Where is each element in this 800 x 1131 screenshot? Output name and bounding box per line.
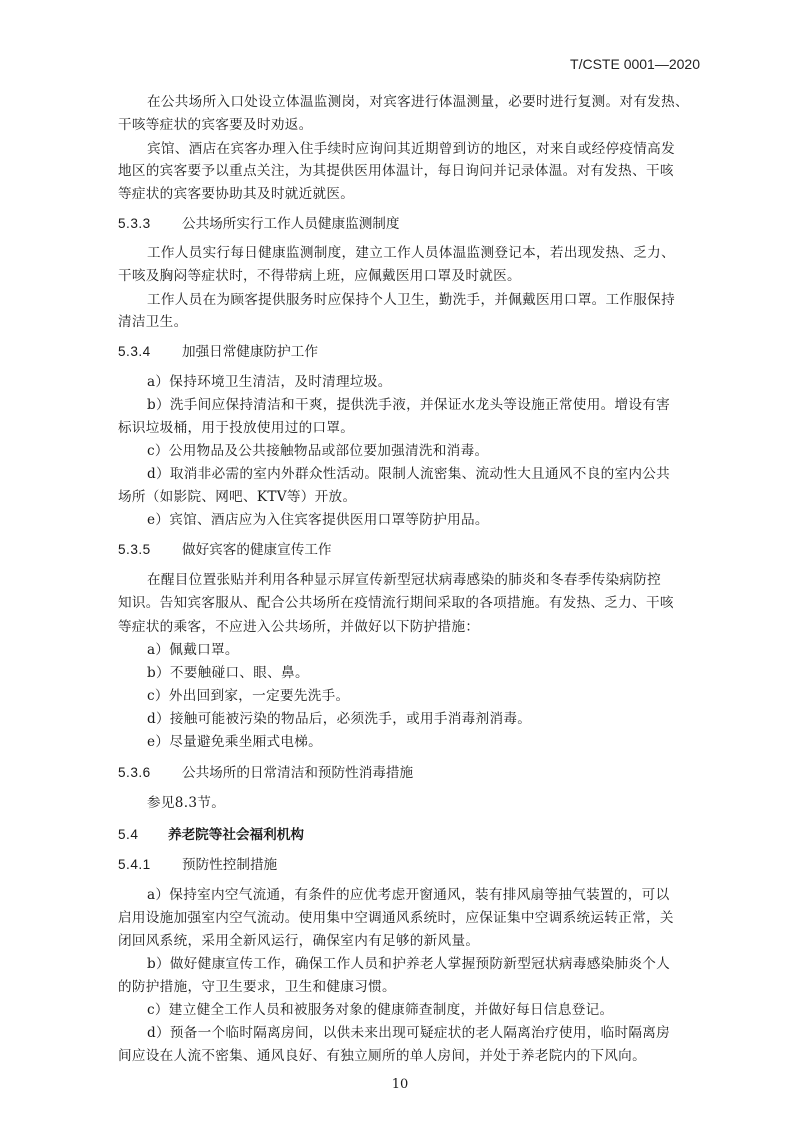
list-item-line: d）预备一个临时隔离房间，以供未来出现可疑症状的老人隔离治疗使用，临时隔离房 — [147, 1024, 670, 1042]
list-item-line: a）保持室内空气流通，有条件的应优考虑开窗通风，装有排风扇等抽气装置的，可以 — [147, 886, 669, 904]
list-item-line: 启用设施加强室内空气流动。使用集中空调通风系统时，应保证集中空调系统运转正常，关 — [118, 909, 674, 927]
list-item-line: c）公用物品及公共接触物品或部位要加强清洗和消毒。 — [147, 442, 488, 460]
list-item-line: 标识垃圾桶，用于投放使用过的口罩。 — [118, 419, 354, 437]
list-item-line: a）佩戴口罩。 — [147, 641, 239, 659]
section-title: 加强日常健康防护工作 — [182, 344, 318, 359]
section-number: 5.3.5 — [118, 541, 182, 559]
section-heading-5-4-1: 5.4.1预防性控制措施 — [118, 856, 277, 874]
paragraph-line: 清洁卫生。 — [118, 313, 187, 331]
list-item-line: c）建立健全工作人员和被服务对象的健康筛查制度，并做好每日信息登记。 — [147, 1001, 613, 1019]
section-number: 5.3.3 — [118, 215, 182, 233]
list-item-line: 闭回风系统，采用全新风运行，确保室内有足够的新风量。 — [118, 932, 479, 950]
section-heading-5-3-6: 5.3.6公共场所的日常清洁和预防性消毒措施 — [118, 764, 413, 782]
paragraph-line: 干咳等症状的宾客要及时劝返。 — [118, 116, 313, 134]
section-title: 公共场所的日常清洁和预防性消毒措施 — [182, 765, 413, 780]
paragraph-line: 工作人员实行每日健康监测制度，建立工作人员体温监测登记本，若出现发热、乏力、 — [147, 244, 675, 262]
document-id-header: T/CSTE 0001—2020 — [570, 56, 700, 72]
section-heading-5-3-4: 5.3.4加强日常健康防护工作 — [118, 343, 318, 361]
paragraph-line: 等症状的乘客，不应进入公共场所，并做好以下防护措施： — [118, 618, 479, 636]
cross-reference-line: 参见8.3节。 — [147, 794, 225, 812]
list-item-line: d）取消非必需的室内外群众性活动。限制人流密集、流动性大且通风不良的室内公共 — [147, 465, 670, 483]
paragraph-line: 等症状的宾客要协助其及时就近就医。 — [118, 185, 354, 203]
section-title: 公共场所实行工作人员健康监测制度 — [182, 216, 400, 231]
list-item-line: b）洗手间应保持清洁和干爽，提供洗手液，并保证水龙头等设施正常使用。增设有害 — [147, 396, 670, 414]
section-heading-5-4: 5.4养老院等社会福利机构 — [118, 826, 304, 844]
list-item-line: 间应设在人流不密集、通风良好、有独立厕所的单人房间，并处于养老院内的下风向。 — [118, 1047, 646, 1065]
list-item-line: b）不要触碰口、眼、鼻。 — [147, 664, 309, 682]
list-item-line: 场所（如影院、网吧、KTV等）开放。 — [118, 488, 356, 506]
section-title: 预防性控制措施 — [182, 857, 277, 872]
list-item-line: 的防护措施，守卫生要求，卫生和健康习惯。 — [118, 978, 396, 996]
paragraph-line: 在醒目位置张贴并利用各种显示屏宣传新型冠状病毒感染的肺炎和冬春季传染病防控 — [147, 571, 661, 589]
section-number: 5.4 — [118, 826, 168, 844]
paragraph-line: 知识。告知宾客服从、配合公共场所在疫情流行期间采取的各项措施。有发热、乏力、干咳 — [118, 594, 674, 612]
section-heading-5-3-3: 5.3.3公共场所实行工作人员健康监测制度 — [118, 215, 400, 233]
list-item-line: c）外出回到家，一定要先洗手。 — [147, 687, 349, 705]
section-number: 5.4.1 — [118, 856, 182, 874]
list-item-line: a）保持环境卫生清洁，及时清理垃圾。 — [147, 373, 392, 391]
section-number: 5.3.6 — [118, 764, 182, 782]
section-number: 5.3.4 — [118, 343, 182, 361]
page-number: 10 — [0, 1077, 800, 1092]
paragraph-line: 在公共场所入口处设立体温监测岗，对宾客进行体温测量，必要时进行复测。对有发热、 — [147, 93, 689, 111]
list-item-line: d）接触可能被污染的物品后，必须洗手，或用手消毒剂消毒。 — [147, 710, 531, 728]
list-item-line: e）尽量避免乘坐厢式电梯。 — [147, 733, 322, 751]
list-item-line: b）做好健康宣传工作，确保工作人员和护养老人掌握预防新型冠状病毒感染肺炎个人 — [147, 955, 670, 973]
section-title: 养老院等社会福利机构 — [168, 827, 304, 842]
paragraph-line: 工作人员在为顾客提供服务时应保持个人卫生，勤洗手，并佩戴医用口罩。工作服保持 — [147, 291, 675, 309]
paragraph-line: 宾馆、酒店在宾客办理入住手续时应询问其近期曾到访的地区，对来自或经停疫情高发 — [147, 140, 675, 158]
paragraph-line: 干咳及胸闷等症状时，不得带病上班，应佩戴医用口罩及时就医。 — [118, 267, 521, 285]
paragraph-line: 地区的宾客要予以重点关注，为其提供医用体温计，每日询问并记录体温。对有发热、干咳 — [118, 162, 674, 180]
section-title: 做好宾客的健康宣传工作 — [182, 542, 332, 557]
list-item-line: e）宾馆、酒店应为入住宾客提供医用口罩等防护用品。 — [147, 511, 489, 529]
section-heading-5-3-5: 5.3.5做好宾客的健康宣传工作 — [118, 541, 332, 559]
